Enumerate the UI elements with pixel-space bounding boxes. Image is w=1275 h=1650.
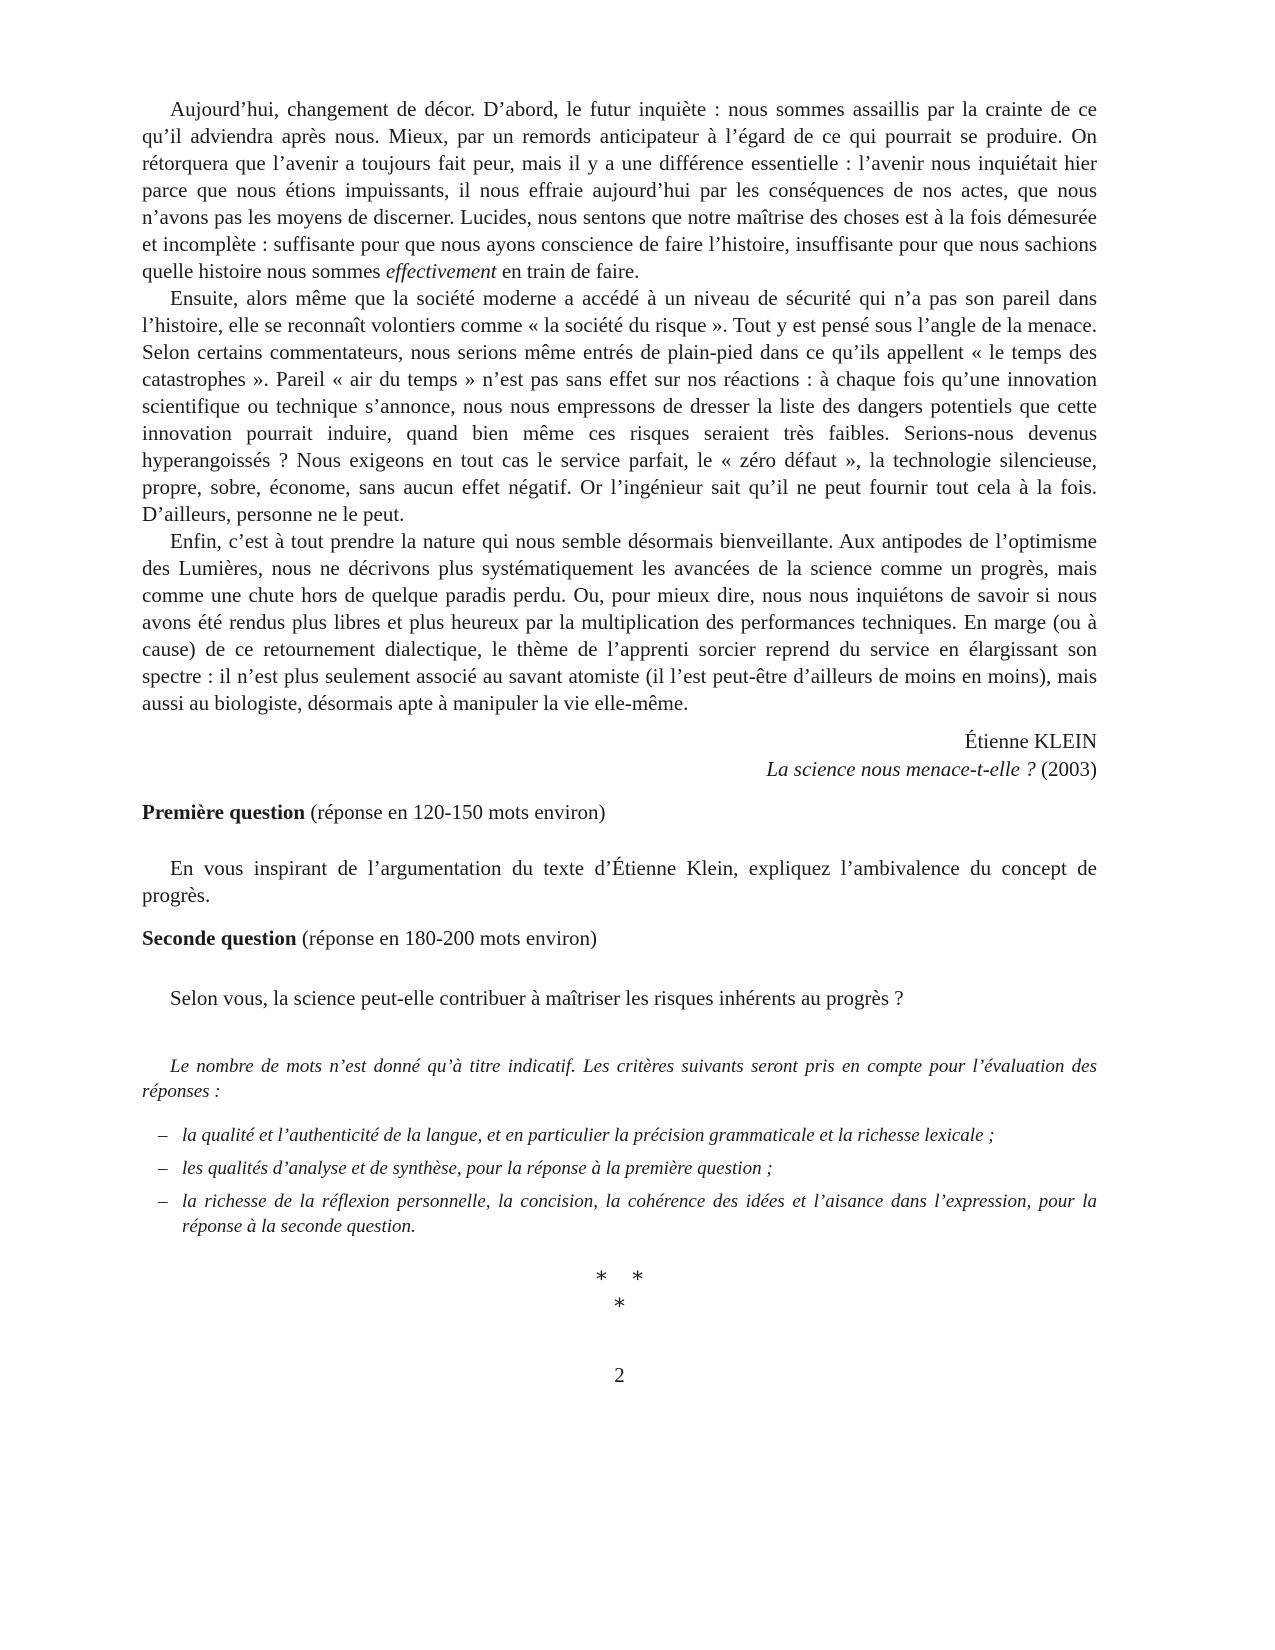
criteria-item-2: –les qualités d’analyse et de synthèse, … [142, 1156, 1097, 1181]
asterisk-separator: ∗∗ ∗ [142, 1262, 1097, 1316]
asterisk-row-bottom: ∗ [142, 1289, 1097, 1316]
dash-bullet: – [158, 1156, 168, 1181]
paragraph-1-text-before: Aujourd’hui, changement de décor. D’abor… [142, 97, 1097, 283]
attribution-work-year: (2003) [1036, 757, 1097, 781]
attribution-author: Étienne KLEIN [142, 727, 1097, 755]
asterisk-icon: ∗ [631, 1262, 645, 1289]
note-intro: Le nombre de mots n’est donné qu’à titre… [142, 1054, 1097, 1104]
criteria-item-3: –la richesse de la réflexion personnelle… [142, 1189, 1097, 1239]
criteria-item-1: –la qualité et l’authenticité de la lang… [142, 1123, 1097, 1148]
question-1-heading: Première question (réponse en 120-150 mo… [142, 799, 1097, 826]
question-2-heading: Seconde question (réponse en 180-200 mot… [142, 925, 1097, 952]
attribution-work-title: La science nous menace-t-elle ? [766, 757, 1035, 781]
asterisk-row-top: ∗∗ [142, 1262, 1097, 1289]
asterisk-icon: ∗ [594, 1262, 608, 1289]
question-2-prompt: Selon vous, la science peut-elle contrib… [142, 985, 1097, 1012]
question-1-prompt: En vous inspirant de l’argumentation du … [142, 855, 1097, 909]
criteria-item-3-text: la richesse de la réflexion personnelle,… [182, 1191, 1097, 1237]
attribution: Étienne KLEIN La science nous menace-t-e… [142, 727, 1097, 783]
dash-bullet: – [158, 1123, 168, 1148]
page-number: 2 [142, 1362, 1097, 1389]
paragraph-1-text-after: en train de faire. [497, 259, 640, 283]
attribution-work: La science nous menace-t-elle ? (2003) [142, 755, 1097, 783]
dash-bullet: – [158, 1189, 168, 1214]
criteria-item-2-text: les qualités d’analyse et de synthèse, p… [182, 1158, 773, 1179]
criteria-item-1-text: la qualité et l’authenticité de la langu… [182, 1125, 995, 1146]
paragraph-1: Aujourd’hui, changement de décor. D’abor… [142, 96, 1097, 285]
question-1-title: Première question [142, 800, 305, 824]
paragraph-3: Enfin, c’est à tout prendre la nature qu… [142, 528, 1097, 717]
evaluation-note: Le nombre de mots n’est donné qu’à titre… [142, 1054, 1097, 1239]
document-page: Aujourd’hui, changement de décor. D’abor… [0, 0, 1275, 1650]
paragraph-2: Ensuite, alors même que la société moder… [142, 285, 1097, 528]
question-1-subtitle: (réponse en 120-150 mots environ) [305, 800, 605, 824]
question-2-subtitle: (réponse en 180-200 mots environ) [297, 926, 597, 950]
criteria-list: –la qualité et l’authenticité de la lang… [142, 1123, 1097, 1239]
paragraph-1-italic-word: effectivement [386, 259, 497, 283]
asterisk-icon: ∗ [612, 1289, 626, 1316]
question-2-title: Seconde question [142, 926, 297, 950]
